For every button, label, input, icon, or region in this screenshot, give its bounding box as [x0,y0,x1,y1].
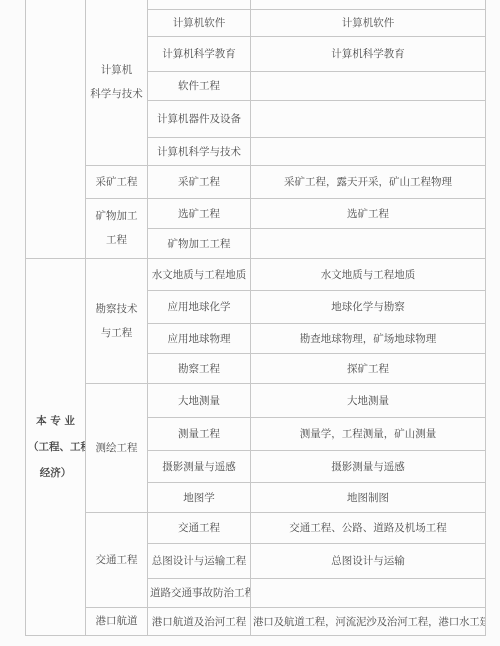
old-major-cell: 采矿工程，露天开采，矿山工程物理 [251,165,486,198]
group-cell-traffic: 交通工程 [86,512,148,607]
old-major-cell: 港口及航道工程，河流泥沙及治河工程，港口水工建筑 [251,607,486,635]
majors-table: 计算机 科学与技术 计算机软件 计算机软件 计算机科学教育 计算机科学教育 软件… [25,0,486,636]
old-major-cell: 探矿工程 [251,353,486,383]
group-label: 勘察技术 [88,297,145,321]
old-major-cell: 测量学，工程测量，矿山测量 [251,417,486,450]
group-cell-computer: 计算机 科学与技术 [86,0,148,165]
old-major-cell: 摄影测量与遥感 [251,450,486,482]
old-major-cell: 地球化学与勘察 [251,290,486,323]
group-cell-port: 港口航道 [86,607,148,635]
major-cell: 勘察工程 [148,353,251,383]
old-major-cell [251,0,486,9]
major-cell: 港口航道及治河工程 [148,607,251,635]
group-label: 采矿工程 [88,170,145,194]
major-cell: 应用地球化学 [148,290,251,323]
group-cell-mapping: 测绘工程 [86,383,148,512]
major-cell: 交通工程 [148,512,251,543]
screenshot-canvas: 计算机 科学与技术 计算机软件 计算机软件 计算机科学教育 计算机科学教育 软件… [0,0,500,646]
group-label: 测绘工程 [88,436,145,460]
major-cell: 应用地球物理 [148,323,251,353]
owner-cell: 本 专 业 （工程、工程 经济） [26,258,86,635]
table-row: 矿物加工 工程 选矿工程 选矿工程 [26,198,486,228]
major-cell: 采矿工程 [148,165,251,198]
major-cell: 选矿工程 [148,198,251,228]
old-major-cell: 总图设计与运输 [251,543,486,578]
old-major-cell: 选矿工程 [251,198,486,228]
group-label: 与工程 [88,321,145,345]
owner-label: （工程、工程 [28,434,83,460]
old-major-cell: 计算机科学教育 [251,36,486,71]
old-major-cell: 地图制图 [251,482,486,512]
major-cell: 计算机科学与技术 [148,137,251,165]
major-cell: 大地测量 [148,383,251,417]
group-label: 港口航道 [88,609,145,633]
major-cell: 地图学 [148,482,251,512]
group-cell-survey-tech: 勘察技术 与工程 [86,258,148,383]
owner-label: 本 专 业 [28,408,83,434]
old-major-cell: 交通工程、公路、道路及机场工程 [251,512,486,543]
major-cell: 矿物加工工程 [148,228,251,258]
major-cell: 总图设计与运输工程 [148,543,251,578]
owner-label: 经济） [28,460,83,486]
major-cell: 软件工程 [148,71,251,100]
group-label: 科学与技术 [88,82,145,106]
old-major-cell [251,100,486,137]
group-label: 矿物加工 [88,204,145,228]
major-cell: 计算机软件 [148,9,251,36]
old-major-cell: 大地测量 [251,383,486,417]
owner-cell-empty [26,0,86,258]
old-major-cell: 勘查地球物理，矿场地球物理 [251,323,486,353]
old-major-cell [251,228,486,258]
group-cell-mineral-processing: 矿物加工 工程 [86,198,148,258]
major-cell: 水文地质与工程地质 [148,258,251,290]
old-major-cell: 计算机软件 [251,9,486,36]
table-row: 计算机 科学与技术 [26,0,486,9]
group-label: 交通工程 [88,548,145,572]
major-cell: 测量工程 [148,417,251,450]
table-row: 采矿工程 采矿工程 采矿工程，露天开采，矿山工程物理 [26,165,486,198]
old-major-cell [251,578,486,607]
old-major-cell [251,71,486,100]
major-cell: 计算机科学教育 [148,36,251,71]
major-cell [148,0,251,9]
old-major-cell [251,137,486,165]
group-cell-mining: 采矿工程 [86,165,148,198]
old-major-cell: 水文地质与工程地质 [251,258,486,290]
table-row: 港口航道 港口航道及治河工程 港口及航道工程，河流泥沙及治河工程，港口水工建筑 [26,607,486,635]
major-cell: 摄影测量与遥感 [148,450,251,482]
table-row: 本 专 业 （工程、工程 经济） 勘察技术 与工程 水文地质与工程地质 水文地质… [26,258,486,290]
major-cell: 计算机器件及设备 [148,100,251,137]
table-row: 测绘工程 大地测量 大地测量 [26,383,486,417]
group-label: 工程 [88,228,145,252]
major-cell: 道路交通事故防治工程 [148,578,251,607]
table-row: 交通工程 交通工程 交通工程、公路、道路及机场工程 [26,512,486,543]
page: { "colors": { "background": "#fbfbfb", "… [0,0,500,646]
group-label: 计算机 [88,58,145,82]
